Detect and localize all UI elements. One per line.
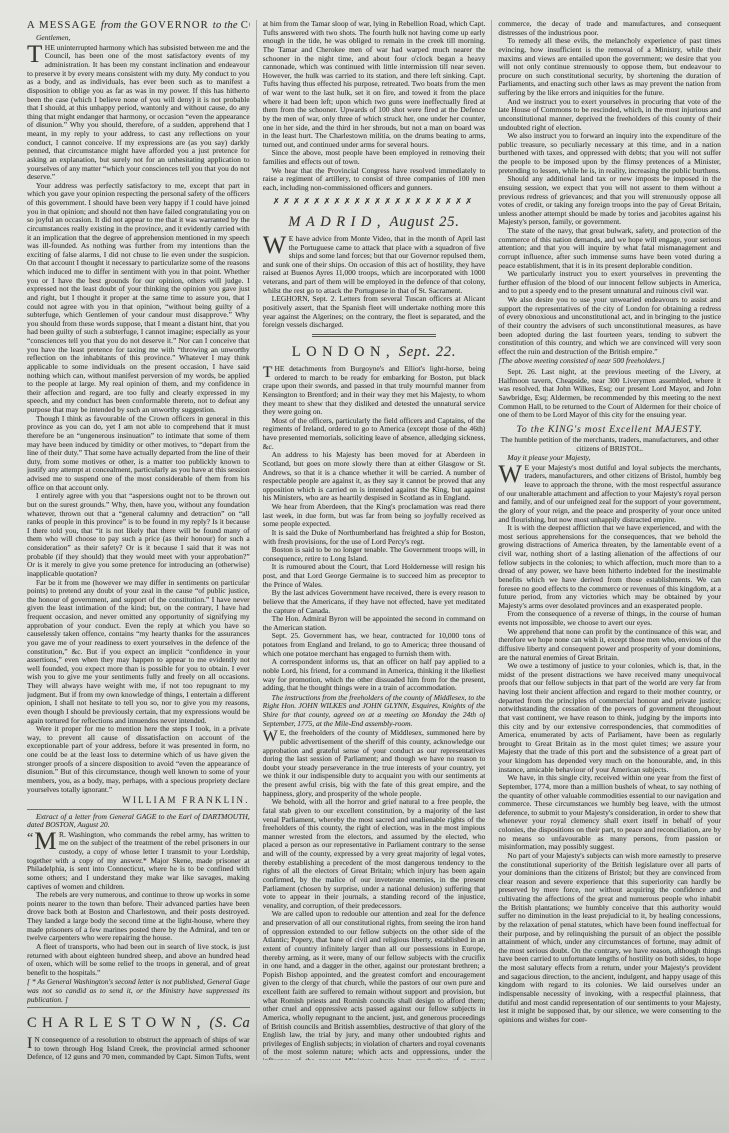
- drop-cap: M: [34, 831, 59, 852]
- paragraph: To remedy all these evils, the melanchol…: [498, 37, 721, 97]
- paragraph: We are called upon to redouble our atten…: [263, 910, 486, 1060]
- paragraph: It is rumoured about the Court, that Lor…: [263, 563, 486, 589]
- column-divider: [491, 20, 492, 1060]
- petition-heading: To the KING's most Excellent MAJESTY.: [498, 424, 721, 435]
- paragraph-text: HE detachments from Burgoyne's and Ellio…: [263, 364, 486, 416]
- dateline-date: (S. Carolina) Nov. 17.: [210, 1015, 250, 1031]
- paragraph-text: E, the freeholders of the county of Midd…: [263, 728, 486, 797]
- ornament-row: ✗✗✗✗✗✗✗✗✗✗✗✗✗✗✗✗✗✗✗✗: [263, 198, 486, 208]
- paragraph-text: N consequence of a resolution to obstruc…: [27, 1035, 250, 1060]
- paragraph: A fleet of transports, who had been out …: [27, 943, 250, 978]
- section-rule: [27, 809, 250, 810]
- paragraph: Were it proper for me to mention here th…: [27, 725, 250, 794]
- title-part: to the: [213, 20, 241, 31]
- paragraph: commerce, the decay of trade and manufac…: [498, 20, 721, 37]
- paragraph-text: HE uninterrupted harmony which has subsi…: [27, 43, 250, 181]
- paragraph: Though I think as favourable of the Crow…: [27, 415, 250, 493]
- paragraph: We behold, with all the horror and grief…: [263, 798, 486, 910]
- column-divider: [256, 20, 257, 1060]
- salutation: Gentlemen,: [27, 34, 250, 43]
- meeting-note: [The above meeting consisted of near 500…: [498, 357, 721, 366]
- paragraph: WE, the freeholders of the county of Mid…: [263, 729, 486, 798]
- paragraph: By the last advices Government have rece…: [263, 589, 486, 615]
- paragraph: We hear that the Provincial Congress hav…: [263, 167, 486, 193]
- paragraph: We owe a testimony of justice to your co…: [498, 662, 721, 774]
- drop-cap: T: [27, 44, 45, 65]
- dateline-madrid: MADRID, August 25.: [263, 214, 486, 231]
- paragraph: No part of your Majesty's subjects can w…: [498, 852, 721, 1025]
- paragraph: LEGHORN, Sept. 2. Letters from several T…: [263, 295, 486, 330]
- drop-cap: T: [263, 365, 275, 379]
- paragraph: Sept. 26. Last night, at the previous me…: [498, 368, 721, 420]
- newspaper-column-2: at him from the Tamar sloop of war, lyin…: [263, 20, 486, 1060]
- dateline-date: Sept. 22.: [399, 344, 457, 360]
- dateline-charlestown: CHARLESTOWN, (S. Carolina) Nov. 17.: [27, 1015, 250, 1032]
- paragraph: THE detachments from Burgoyne's and Elli…: [263, 365, 486, 417]
- paragraph: It is said the Duke of Northumberland ha…: [263, 529, 486, 546]
- dateline-city: MADRID,: [288, 214, 386, 230]
- newspaper-page: A MESSAGE from the GOVERNOR to the COUNC…: [0, 0, 729, 1060]
- paragraph: We hear from Aberdeen, that the King's p…: [263, 503, 486, 529]
- dateline-london: LONDON, Sept. 22.: [263, 344, 486, 361]
- paragraph: An address to his Majesty has been moved…: [263, 451, 486, 503]
- newspaper-column-1: A MESSAGE from the GOVERNOR to the COUNC…: [27, 20, 250, 1060]
- title-part: GOVERNOR: [140, 20, 212, 31]
- dateline-date: August 25.: [390, 214, 460, 230]
- instructions-heading-middlesex: The instructions from the freeholders of…: [263, 694, 486, 729]
- section-rule: [27, 1007, 250, 1008]
- paragraph: From the consequence of a reverse of thi…: [498, 610, 721, 627]
- paragraph: at him from the Tamar sloop of war, lyin…: [263, 20, 486, 149]
- paragraph: The rebels are very numerous, and contin…: [27, 891, 250, 943]
- editor-footnote: [ * As General Washington's second lette…: [27, 978, 250, 1004]
- paragraph: Sept. 25. Government has, we hear, contr…: [263, 632, 486, 658]
- petition-salutation: May it please your Majesty,: [498, 454, 721, 463]
- paragraph: Boston is said to be no longer tenable. …: [263, 546, 486, 563]
- paragraph: IN consequence of a resolution to obstru…: [27, 1036, 250, 1060]
- paragraph: I entirely agree with you that “aspersio…: [27, 492, 250, 578]
- newspaper-column-3: commerce, the decay of trade and manufac…: [498, 20, 721, 1060]
- paragraph: Since the above, most people have been e…: [263, 149, 486, 166]
- paragraph-text: R. Washington, who commands the rebel ar…: [27, 830, 250, 891]
- paragraph: WE your Majesty's most dutiful and loyal…: [498, 464, 721, 524]
- dateline-city: CHARLESTOWN,: [27, 1015, 206, 1031]
- drop-cap: W: [263, 729, 280, 743]
- letter-heading-gage: Extract of a letter from General GAGE to…: [27, 813, 250, 830]
- drop-cap: W: [498, 464, 524, 485]
- paragraph: THE uninterrupted harmony which has subs…: [27, 44, 250, 182]
- paragraph: We also desire you to use your unwearied…: [498, 296, 721, 356]
- paragraph: We particularly instruct you to exert yo…: [498, 270, 721, 296]
- paragraph: Your address was perfectly satisfactory …: [27, 182, 250, 415]
- article-title: A MESSAGE from the GOVERNOR to the COUNC…: [27, 20, 250, 32]
- paragraph: Should any additional land tax or new im…: [498, 175, 721, 227]
- dateline-city: LONDON,: [292, 344, 395, 360]
- title-part: COUNCIL.: [241, 20, 250, 31]
- paragraph-text: E your Majesty's most dutiful and loyal …: [498, 463, 721, 524]
- paragraph: We have, in this single city, received w…: [498, 774, 721, 852]
- paragraph: The state of the navy, that great bulwar…: [498, 227, 721, 270]
- paragraph: The Hon. Admiral Byron will be appointed…: [263, 615, 486, 632]
- double-rule: [312, 334, 437, 338]
- paragraph: A correspondent informs us, that an offi…: [263, 658, 486, 693]
- paragraph: WE have advice from Monte Video, that in…: [263, 235, 486, 295]
- paragraph: We also instruct you to forward an inqui…: [498, 132, 721, 175]
- paragraph: “MR. Washington, who commands the rebel …: [27, 831, 250, 891]
- title-part: A MESSAGE: [27, 20, 101, 31]
- paragraph: Most of the officers, particularly the f…: [263, 417, 486, 452]
- paragraph: And we instruct you to exert yourselves …: [498, 98, 721, 133]
- paragraph: Far be it from me (however we may differ…: [27, 579, 250, 726]
- paragraph-text: E have advice from Monte Video, that in …: [263, 234, 486, 295]
- drop-cap: W: [263, 235, 289, 256]
- petition-subheading: The humble petition of the merchants, tr…: [498, 436, 721, 453]
- title-part: from the: [101, 20, 141, 31]
- paragraph: It is with the deepest affliction that w…: [498, 524, 721, 610]
- paragraph: We apprehend that none can profit by the…: [498, 628, 721, 663]
- signature-william-franklin: WILLIAM FRANKLIN.: [27, 795, 250, 805]
